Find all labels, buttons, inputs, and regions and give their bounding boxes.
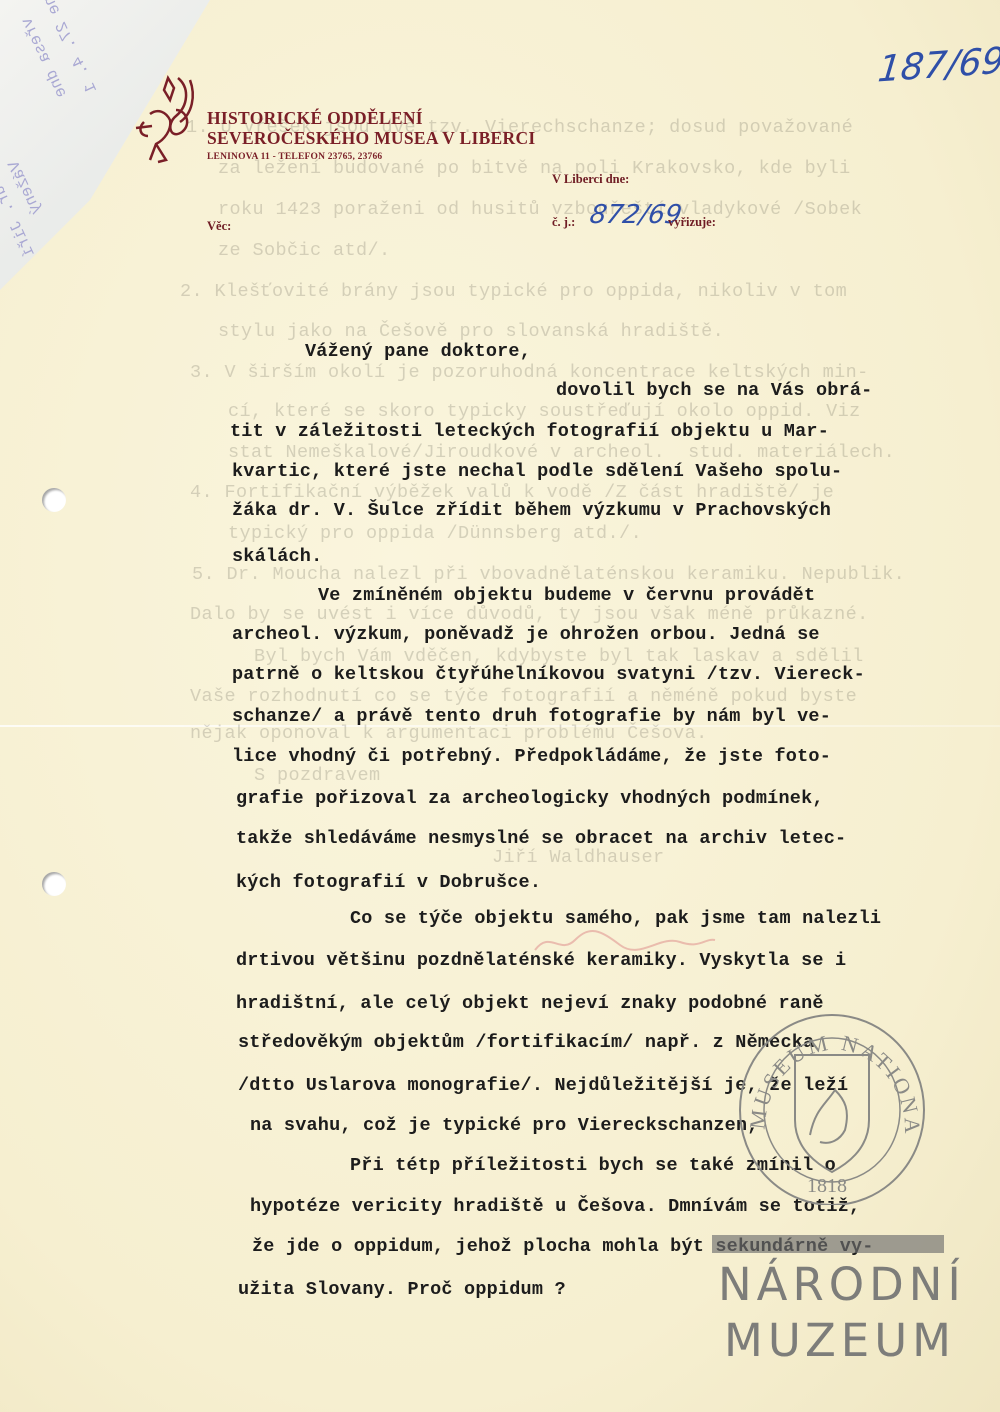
- body-line: Ve zmíněném objektu budeme v červnu prov…: [318, 585, 815, 606]
- watermark-line1: NÁRODNÍ: [718, 1258, 966, 1311]
- body-line: středověkým objektům /fortifikacím/ např…: [238, 1032, 814, 1053]
- body-line: archeol. výzkum, poněvadž je ohrožen orb…: [232, 624, 820, 645]
- handled-by-label: vyřizuje:: [668, 215, 716, 230]
- body-line: patrně o keltskou čtyřúhelníkovou svatyn…: [232, 664, 865, 685]
- letterhead-department: HISTORICKÉ ODDĚLENÍ: [207, 108, 423, 129]
- bleed-line: cí, které se skoro typicky soustřeďují o…: [228, 401, 861, 422]
- svg-text:MUSEUM NATIONALE: MUSEUM NATIONALE: [735, 1010, 925, 1137]
- body-line: takže shledáváme nesmyslné se obracet na…: [236, 828, 846, 849]
- svg-text:1818: 1818: [807, 1175, 847, 1197]
- archive-number: 187/69: [876, 40, 1000, 90]
- bleed-line: stat Nemeškalové/Jiroudkové v archeol. s…: [228, 442, 895, 463]
- bleed-line: stylu jako na Češově pro slovanská hradi…: [218, 321, 724, 342]
- body-line: kých fotografií v Dobrušce.: [236, 872, 541, 893]
- place-date-label: V Liberci dne:: [552, 172, 629, 187]
- body-line: kvartic, které jste nechal podle sdělení…: [232, 461, 842, 482]
- body-line: na svahu, což je typické pro Viereckscha…: [250, 1115, 759, 1136]
- subject-label: Věc:: [207, 219, 231, 234]
- letterhead-museum: SEVEROČESKÉHO MUSEA V LIBERCI: [207, 128, 536, 149]
- bleed-line: Jiří Waldhauser: [492, 847, 665, 868]
- body-line: grafie pořizoval za archeologicky vhodný…: [236, 788, 824, 809]
- reference-label: č. j.:: [552, 215, 575, 230]
- letterhead-address: LENINOVA 11 - TELEFON 23765, 23766: [207, 152, 382, 162]
- signature-bleed: [530, 920, 720, 960]
- punch-hole-top: [42, 488, 66, 512]
- bleed-line: Vaše rozhodnutí co se týče fotografií a …: [190, 686, 857, 707]
- body-line: dovolil bych se na Vás obrá-: [556, 380, 872, 401]
- redaction-bar: [712, 1235, 944, 1253]
- body-line: skálách.: [232, 546, 322, 567]
- bleed-line: S pozdravem: [254, 765, 381, 786]
- museum-stamp-icon: MUSEUM NATIONALE 1818: [735, 1010, 930, 1205]
- watermark-line2: MUZEUM: [724, 1314, 956, 1367]
- salutation: Vážený pane doktore,: [305, 341, 531, 362]
- bleed-line: typický pro oppida /Dünnsberg atd./.: [228, 523, 642, 544]
- punch-hole-bottom: [42, 872, 66, 896]
- bleed-line: Dalo by se uvést i více důvodů, ty jsou …: [190, 604, 869, 625]
- body-line: tit v záležitosti leteckých fotografií o…: [230, 421, 829, 442]
- bleed-line: ze Sobčic atd/.: [218, 240, 391, 261]
- bleed-line: roku 1423 poraženi od husitů vzbouřeští …: [218, 199, 862, 220]
- body-line: lice vhodný či potřebný. Předpokládáme, …: [232, 746, 831, 767]
- body-line: užita Slovany. Proč oppidum ?: [238, 1279, 566, 1300]
- bleed-line: 5. Dr. Moucha nalezl při vbovadnělaténsk…: [192, 564, 905, 585]
- body-line: žáka dr. V. Šulce zřídit během výzkumu v…: [232, 500, 831, 521]
- bleed-line: 2. Klešťovité brány jsou typické pro opp…: [180, 281, 847, 302]
- body-line: schanze/ a právě tento druh fotografie b…: [232, 706, 831, 727]
